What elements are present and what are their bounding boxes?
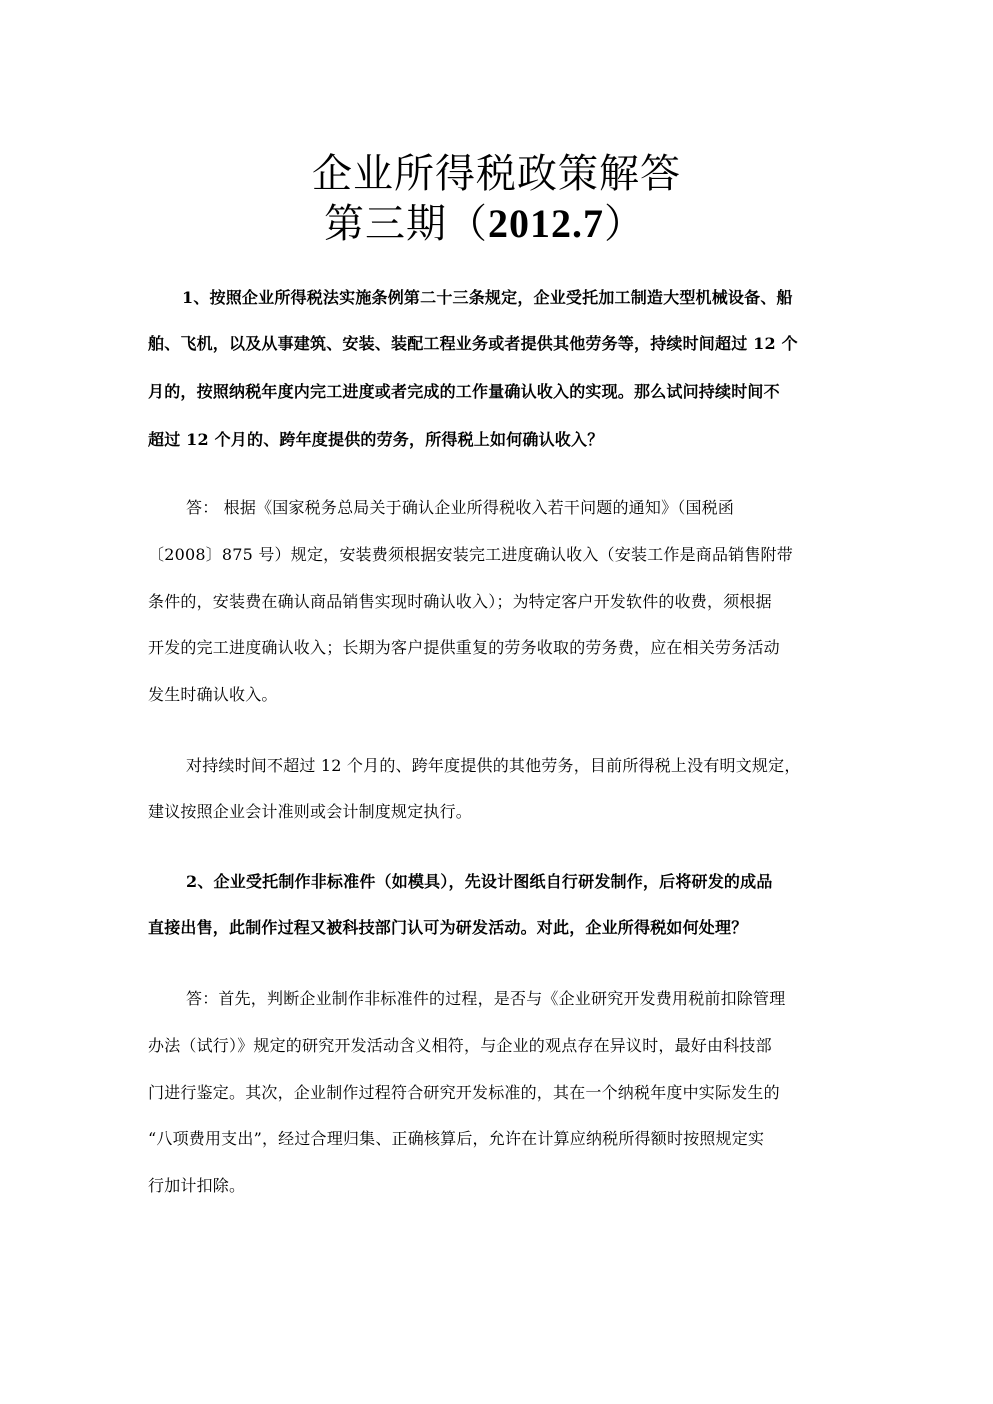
question-1-line-1: 1、按照企业所得税法实施条例第二十三条规定，企业受托加工制造大型机械设备、船 — [182, 288, 793, 308]
document-title: 企业所得税政策解答 — [0, 150, 993, 198]
answer-2-line-5: 行加计扣除。 — [148, 1176, 245, 1196]
subtitle-date: 2012.7 — [488, 201, 604, 246]
question-2-line-2: 直接出售，此制作过程又被科技部门认可为研发活动。对此，企业所得税如何处理？ — [148, 918, 747, 938]
answer-2-line-2: 办法（试行）》规定的研究开发活动含义相符，与企业的观点存在异议时，最好由科技部 — [148, 1036, 772, 1056]
answer-2-line-4: “八项费用支出”，经过合理归集、正确核算后，允许在计算应纳税所得额时按照规定实 — [148, 1129, 764, 1149]
question-1-line-4: 超过 12 个月的、跨年度提供的劳务，所得税上如何确认收入？ — [148, 430, 603, 450]
document-page: 企业所得税政策解答 第三期（2012.7） 1、按照企业所得税法实施条例第二十三… — [0, 0, 993, 1404]
answer-1-p1-line-5: 发生时确认收入。 — [148, 685, 278, 705]
question-1-line-2: 舶、飞机，以及从事建筑、安装、装配工程业务或者提供其他劳务等，持续时间超过 12… — [148, 334, 798, 354]
answer-1-p1-line-3: 条件的，安装费在确认商品销售实现时确认收入）；为特定客户开发软件的收费，须根据 — [148, 592, 772, 612]
question-2-line-1: 2、企业受托制作非标准件（如模具），先设计图纸自行研发制作，后将研发的成品 — [186, 872, 773, 892]
question-1-line-3: 月的，按照纳税年度内完工进度或者完成的工作量确认收入的实现。那么试问持续时间不 — [148, 382, 780, 402]
answer-1-p1-line-2: 〔2008〕875 号）规定，安装费须根据安装完工进度确认收入（安装工作是商品销… — [148, 545, 793, 565]
answer-2-line-1: 答：首先，判断企业制作非标准件的过程，是否与《企业研究开发费用税前扣除管理 — [186, 989, 785, 1009]
subtitle-suffix: ） — [604, 201, 645, 247]
answer-1-p1-line-1: 答： 根据《国家税务总局关于确认企业所得税收入若干问题的通知》（国税函 — [186, 498, 734, 518]
document-subtitle: 第三期（2012.7） — [0, 200, 981, 248]
answer-1-p2-line-1: 对持续时间不超过 12 个月的、跨年度提供的其他劳务，目前所得税上没有明文规定， — [186, 756, 801, 776]
answer-1-p1-line-4: 开发的完工进度确认收入；长期为客户提供重复的劳务收取的劳务费，应在相关劳务活动 — [148, 638, 780, 658]
subtitle-prefix: 第三期（ — [324, 201, 488, 247]
answer-2-line-3: 门进行鉴定。其次，企业制作过程符合研究开发标准的，其在一个纳税年度中实际发生的 — [148, 1083, 780, 1103]
answer-1-p2-line-2: 建议按照企业会计准则或会计制度规定执行。 — [148, 802, 472, 822]
